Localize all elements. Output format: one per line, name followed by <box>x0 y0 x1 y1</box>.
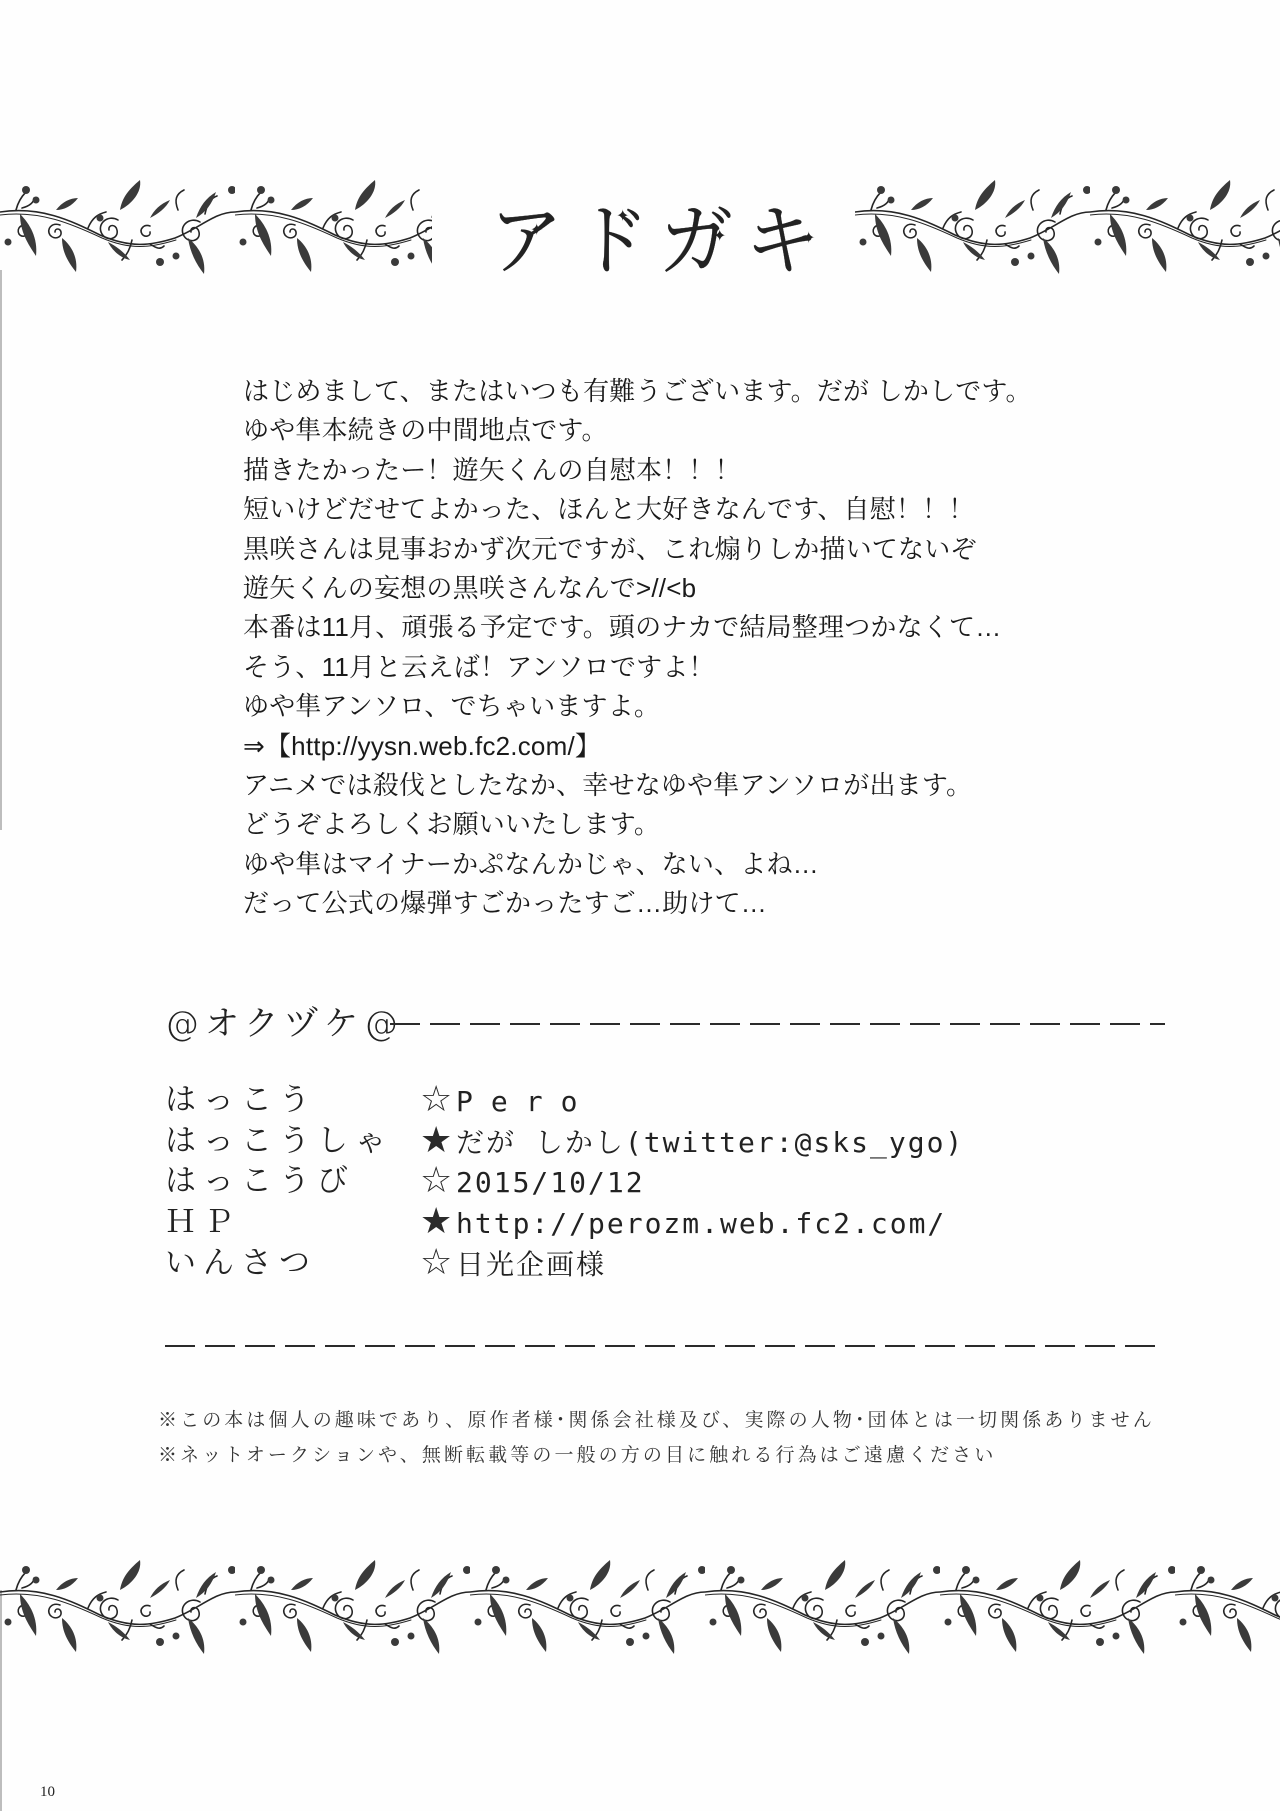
disclaimer-line: ※この本は個人の趣味であり、原作者様･関係会社様及び、実際の人物･団体とは一切関… <box>158 1403 1155 1438</box>
afterword-link-line: ⇒【http://yysn.web.fc2.com/】 <box>243 727 1143 766</box>
colophon-row-date: はっこうび ☆2015/10/12 <box>165 1161 1165 1202</box>
scan-edge <box>0 270 2 830</box>
colophon-label: はっこう <box>165 1080 317 1121</box>
sparkle-icon: ✦ <box>802 230 815 246</box>
sparkle-icon: ✦ <box>713 228 726 244</box>
colophon-label: はっこうび <box>165 1161 355 1202</box>
colophon-value: ☆2015/10/12 <box>420 1161 645 1204</box>
divider-dashed <box>165 1345 1165 1347</box>
afterword-line: 短いけどだせてよかった、ほんと大好きなんです、自慰！！！ <box>243 490 1143 529</box>
afterword-line: ゆや隼はマイナーかぷなんかじゃ、ない、よね… <box>243 845 1143 884</box>
afterword-line: 本番は11月、頑張る予定です。頭のナカで結局整理つかなくて… <box>243 608 1143 647</box>
star-filled-icon: ★ <box>420 1121 456 1162</box>
colophon-label: はっこうしゃ <box>165 1121 393 1162</box>
disclaimer-line: ※ネットオークションや、無断転載等の一般の方の目に触れる行為はご遠慮ください <box>158 1438 1155 1473</box>
colophon-row-printer: いんさつ ☆日光企画様 <box>165 1243 1165 1284</box>
colophon-label: ＨＰ <box>165 1202 241 1243</box>
vine-ornament-top-left <box>0 180 432 280</box>
colophon-row-author: はっこうしゃ ★だが しかし(twitter:@sks_ygo) <box>165 1121 1165 1162</box>
afterword-line: ゆや隼アンソロ、でちゃいますよ。 <box>243 687 1143 726</box>
star-outline-icon: ☆ <box>420 1080 456 1121</box>
afterword-body: はじめまして、またはいつも有難うございます。だが しかしです。 ゆや隼本続きの中… <box>243 372 1143 923</box>
sparkle-icon: ✦ <box>530 222 543 238</box>
star-outline-icon: ☆ <box>420 1243 456 1284</box>
afterword-line: 黒咲さんは見事おかず次元ですが、これ煽りしか描いてないぞ <box>243 530 1143 569</box>
colophon-row-publisher: はっこう ☆Pero <box>165 1080 1165 1121</box>
divider-dashed <box>390 1023 1165 1025</box>
afterword-line: アニメでは殺伐としたなか、幸せなゆや隼アンソロが出ます。 <box>243 766 1143 805</box>
colophon-value: ★http://perozm.web.fc2.com/ <box>420 1202 946 1245</box>
colophon-row-homepage: ＨＰ ★http://perozm.web.fc2.com/ <box>165 1202 1165 1243</box>
sparkle-icon: ✦ <box>616 208 629 224</box>
colophon-label: いんさつ <box>165 1243 317 1284</box>
page-number: 10 <box>40 1784 55 1801</box>
afterword-line: どうぞよろしくお願いいたします。 <box>243 805 1143 844</box>
vine-ornament-bottom <box>0 1560 1280 1660</box>
afterword-line: だって公式の爆弾すごかったすご…助けて… <box>243 884 1143 923</box>
star-outline-icon: ☆ <box>420 1161 456 1202</box>
afterword-line: 遊矢くんの妄想の黒咲さんなんで>//<b <box>243 569 1143 608</box>
colophon-value: ☆Pero <box>420 1080 595 1123</box>
colophon-table: はっこう ☆Pero はっこうしゃ ★だが しかし(twitter:@sks_y… <box>165 1080 1165 1283</box>
colophon-value: ★だが しかし(twitter:@sks_ygo) <box>420 1121 964 1164</box>
afterword-line: そう、11月と云えば！アンソロですよ！ <box>243 648 1143 687</box>
star-filled-icon: ★ <box>420 1202 456 1243</box>
afterword-line: ゆや隼本続きの中間地点です。 <box>243 411 1143 450</box>
afterword-line: 描きたかったー！遊矢くんの自慰本！！！ <box>243 451 1143 490</box>
colophon-heading: @オクヅケ@ <box>165 1002 404 1046</box>
vine-ornament-top-right <box>855 180 1280 280</box>
colophon-value: ☆日光企画様 <box>420 1243 606 1286</box>
afterword-line: はじめまして、またはいつも有難うございます。だが しかしです。 <box>243 372 1143 411</box>
page-title: アドガキ <box>470 183 850 299</box>
disclaimer-notes: ※この本は個人の趣味であり、原作者様･関係会社様及び、実際の人物･団体とは一切関… <box>158 1403 1155 1473</box>
